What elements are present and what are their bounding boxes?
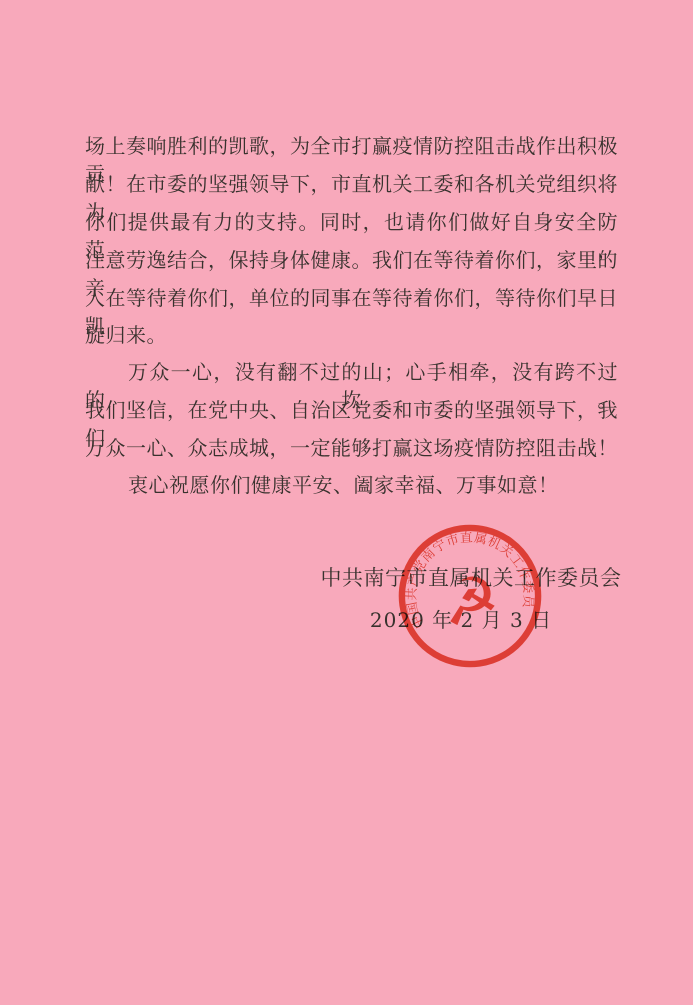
signature-organization: 中共南宁市直属机关工作委员会 [321,562,622,592]
letter-line: 衷心祝愿你们健康平安、阖家幸福、万事如意！ [85,471,618,499]
letter-page: 场上奏响胜利的凯歌，为全市打赢疫情防控阻击战作出积极贡 献！在市委的坚强领导下，… [0,0,693,1005]
official-seal: 中国共产党南宁市直属机关工作委员会 ☭ [386,512,553,679]
seal-graphic: 中国共产党南宁市直属机关工作委员会 ☭ [386,512,553,679]
seal-ring [393,519,547,673]
signature-date: 2020 年 2 月 3 日 [370,604,552,633]
letter-line: 万众一心、众志成城，一定能够打赢这场疫情防控阻击战！ [85,434,618,462]
letter-line: 旋归来。 [85,321,618,349]
